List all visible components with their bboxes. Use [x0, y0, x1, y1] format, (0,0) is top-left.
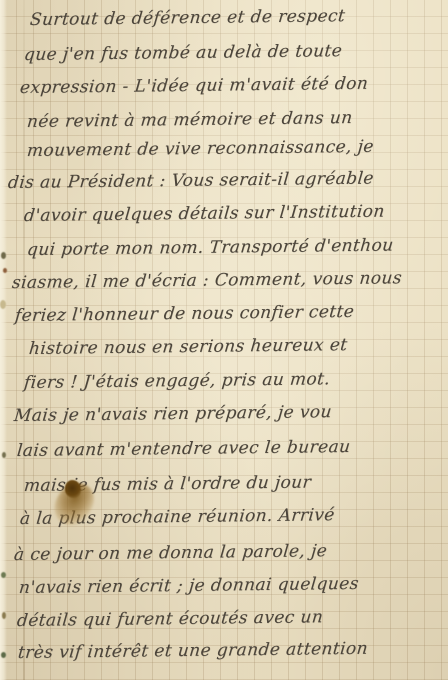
edge-speck	[1, 652, 6, 658]
manuscript-line: mouvement de vive reconnaissance, je	[26, 137, 375, 161]
manuscript-line: à la plus prochaine réunion. Arrivé	[19, 505, 336, 529]
manuscript-line: siasme, il me d'écria : Comment, vous no…	[11, 268, 403, 293]
manuscript-line: née revint à ma mémoire et dans un	[26, 108, 353, 132]
manuscript-line: histoire nous en serions heureux et	[28, 335, 348, 359]
edge-speck	[2, 452, 6, 458]
paper-edge-strip	[0, 0, 7, 680]
edge-speck	[2, 612, 6, 619]
manuscript-line: Mais je n'avais rien préparé, je vou	[13, 402, 333, 426]
manuscript-line: feriez l'honneur de nous confier cette	[14, 302, 355, 326]
manuscript-line: très vif intérêt et une grande attention	[17, 639, 369, 663]
edge-speck	[1, 572, 6, 578]
manuscript-page: Surtout de déférence et de respect que j…	[0, 0, 448, 680]
manuscript-line: que j'en fus tombé au delà de toute	[23, 41, 343, 65]
manuscript-line: à ce jour on me donna la parole, je	[13, 541, 328, 565]
edge-speck	[0, 300, 6, 309]
manuscript-line: n'avais rien écrit ; je donnai quelques	[18, 574, 360, 598]
manuscript-line: lais avant m'entendre avec le bureau	[16, 437, 351, 461]
edge-speck	[3, 268, 7, 273]
manuscript-line: mais je fus mis à l'ordre du jour	[23, 472, 312, 496]
manuscript-line: Surtout de déférence et de respect	[29, 6, 346, 30]
manuscript-line: d'avoir quelques détails sur l'Instituti…	[23, 202, 386, 226]
manuscript-line: expression - L'idée qui m'avait été don	[19, 74, 369, 98]
manuscript-line: qui porte mon nom. Transporté d'enthou	[26, 236, 394, 261]
manuscript-line: détails qui furent écoutés avec un	[16, 607, 324, 631]
manuscript-line: dis au Président : Vous serait-il agréab…	[7, 169, 375, 193]
edge-speck	[1, 252, 6, 259]
manuscript-line: fiers ! J'étais engagé, pris au mot.	[23, 369, 331, 393]
